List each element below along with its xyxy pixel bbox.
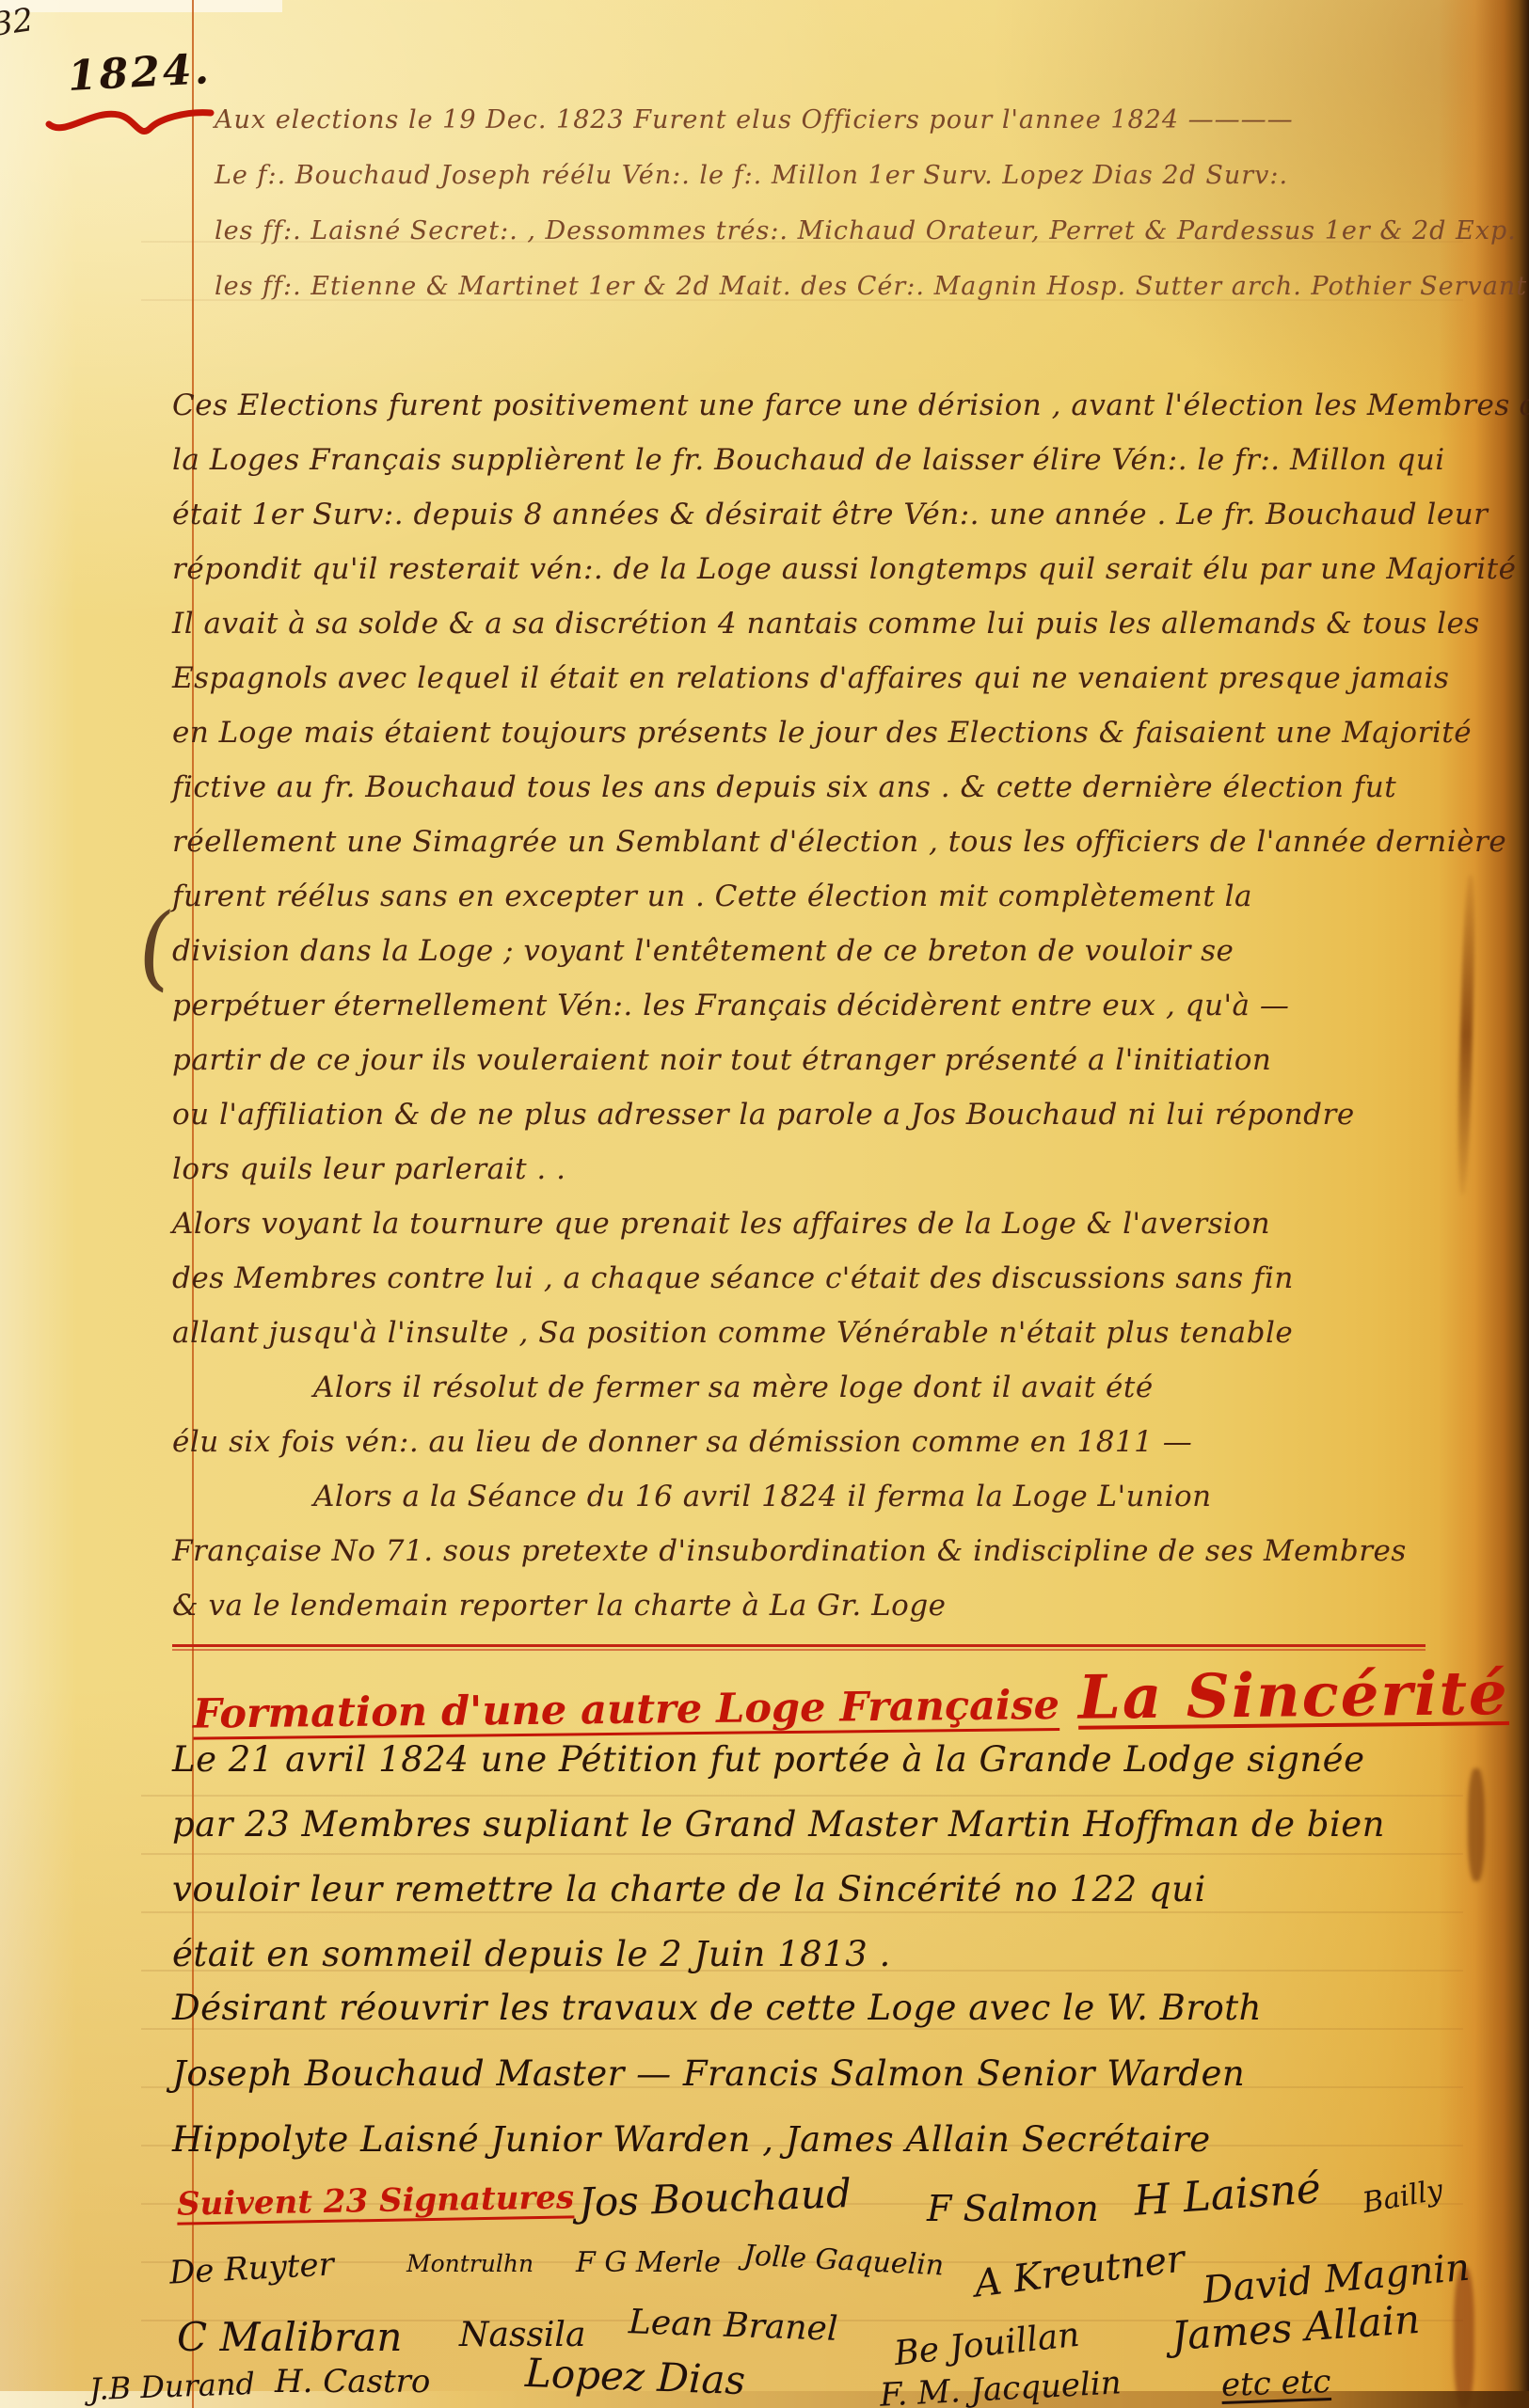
body-line: des Membres contre lui , a chaque séance… [172, 1251, 1463, 1306]
header-line: Aux elections le 19 Dec. 1823 Furent elu… [215, 92, 1475, 148]
margin-year: 1824. [67, 45, 213, 101]
body-line: Alors il résolut de fermer sa mère loge … [172, 1360, 1463, 1415]
signature: C Malibran [177, 2314, 402, 2360]
body-line: élu six fois vén:. au lieu de donner sa … [172, 1415, 1463, 1469]
reopening-line: Hippolyte Laisné Junior Warden , James A… [172, 2107, 1471, 2173]
body-line: furent réélus sans en excepter un . Cett… [172, 869, 1463, 924]
reopening-line: Joseph Bouchaud Master — Francis Salmon … [172, 2041, 1471, 2107]
page-top-edge [0, 0, 282, 12]
body-line: allant jusqu'à l'insulte , Sa position c… [172, 1306, 1463, 1360]
petition-line: vouloir leur remettre la charte de la Si… [172, 1857, 1471, 1922]
petition-paragraph: Le 21 avril 1824 une Pétition fut portée… [172, 1727, 1471, 1987]
body-line: lors quils leur parlerait . . [172, 1142, 1463, 1196]
header-line: Le f:. Bouchaud Joseph réélu Vén:. le f:… [215, 148, 1475, 203]
signature: H. Castro [275, 2363, 430, 2400]
header-officers-block: Aux elections le 19 Dec. 1823 Furent elu… [215, 92, 1475, 314]
signature: Jolle Gaquelin [742, 2239, 945, 2282]
body-line: Espagnols avec lequel il était en relati… [172, 651, 1463, 705]
signature: De Ruyter [168, 2245, 335, 2291]
page-number: 32 [0, 1, 36, 44]
header-line: les ff:. Laisné Secret:. , Dessommes tré… [215, 203, 1475, 259]
manuscript-page: 32 1824. Aux elections le 19 Dec. 1823 F… [0, 0, 1529, 2408]
petition-line: par 23 Membres supliant le Grand Master … [172, 1792, 1471, 1857]
signatures-label: Suivent 23 Signatures [177, 2178, 575, 2223]
body-line: était 1er Surv:. depuis 8 années & désir… [172, 487, 1463, 542]
body-line: Française No 71. sous pretexte d'insubor… [172, 1524, 1463, 1578]
body-line: la Loges Français supplièrent le fr. Bou… [172, 433, 1463, 487]
signature: Montrulhn [406, 2250, 534, 2277]
body-line: en Loge mais étaient toujours présents l… [172, 705, 1463, 760]
body-line: répondit qu'il resterait vén:. de la Log… [172, 542, 1463, 596]
petition-line: Le 21 avril 1824 une Pétition fut portée… [172, 1727, 1471, 1792]
body-line: Il avait à sa solde & a sa discrétion 4 … [172, 596, 1463, 651]
signature: Nassila [459, 2316, 585, 2354]
signature: Lean Branel [628, 2303, 838, 2349]
header-line: les ff:. Etienne & Martinet 1er & 2d Mai… [215, 259, 1475, 314]
signature: F Salmon [927, 2188, 1099, 2229]
body-line: division dans la Loge ; voyant l'entêtem… [172, 924, 1463, 978]
reopening-line: Désirant réouvrir les travaux de cette L… [172, 1975, 1471, 2041]
signature: Bailly [1361, 2174, 1445, 2220]
body-line: Alors a la Séance du 16 avril 1824 il fe… [172, 1469, 1463, 1524]
body-line: & va le lendemain reporter la charte à L… [172, 1578, 1463, 1633]
signature: Be Jouillan [892, 2316, 1081, 2373]
signature: J.B Durand [88, 2366, 255, 2407]
signature: etc etc [1220, 2363, 1331, 2404]
body-line: partir de ce jour ils vouleraient noir t… [172, 1033, 1463, 1087]
body-line: Alors voyant la tournure que prenait les… [172, 1196, 1463, 1251]
section-heading-title: La Sincérité [1077, 1658, 1509, 1734]
body-line: ou l'affiliation & de ne plus adresser l… [172, 1087, 1463, 1142]
body-line: fictive au fr. Bouchaud tous les ans dep… [172, 760, 1463, 815]
signature: A Kreutner [972, 2237, 1187, 2305]
reopening-paragraph: Désirant réouvrir les travaux de cette L… [172, 1975, 1471, 2173]
signature: F G Merle [576, 2246, 721, 2279]
margin-brace-flourish: ( [132, 894, 178, 1002]
body-line: réellement une Simagrée un Semblant d'él… [172, 815, 1463, 869]
body-line: perpétuer éternellement Vén:. les França… [172, 978, 1463, 1033]
signature: H Laisné [1132, 2164, 1322, 2226]
signature: Lopez Dias [524, 2350, 746, 2403]
body-line: Ces Elections furent positivement une fa… [172, 378, 1463, 433]
section-divider-rule [172, 1644, 1425, 1652]
signature: Jos Bouchaud [578, 2170, 852, 2226]
narrative-body: Ces Elections furent positivement une fa… [172, 378, 1463, 1633]
